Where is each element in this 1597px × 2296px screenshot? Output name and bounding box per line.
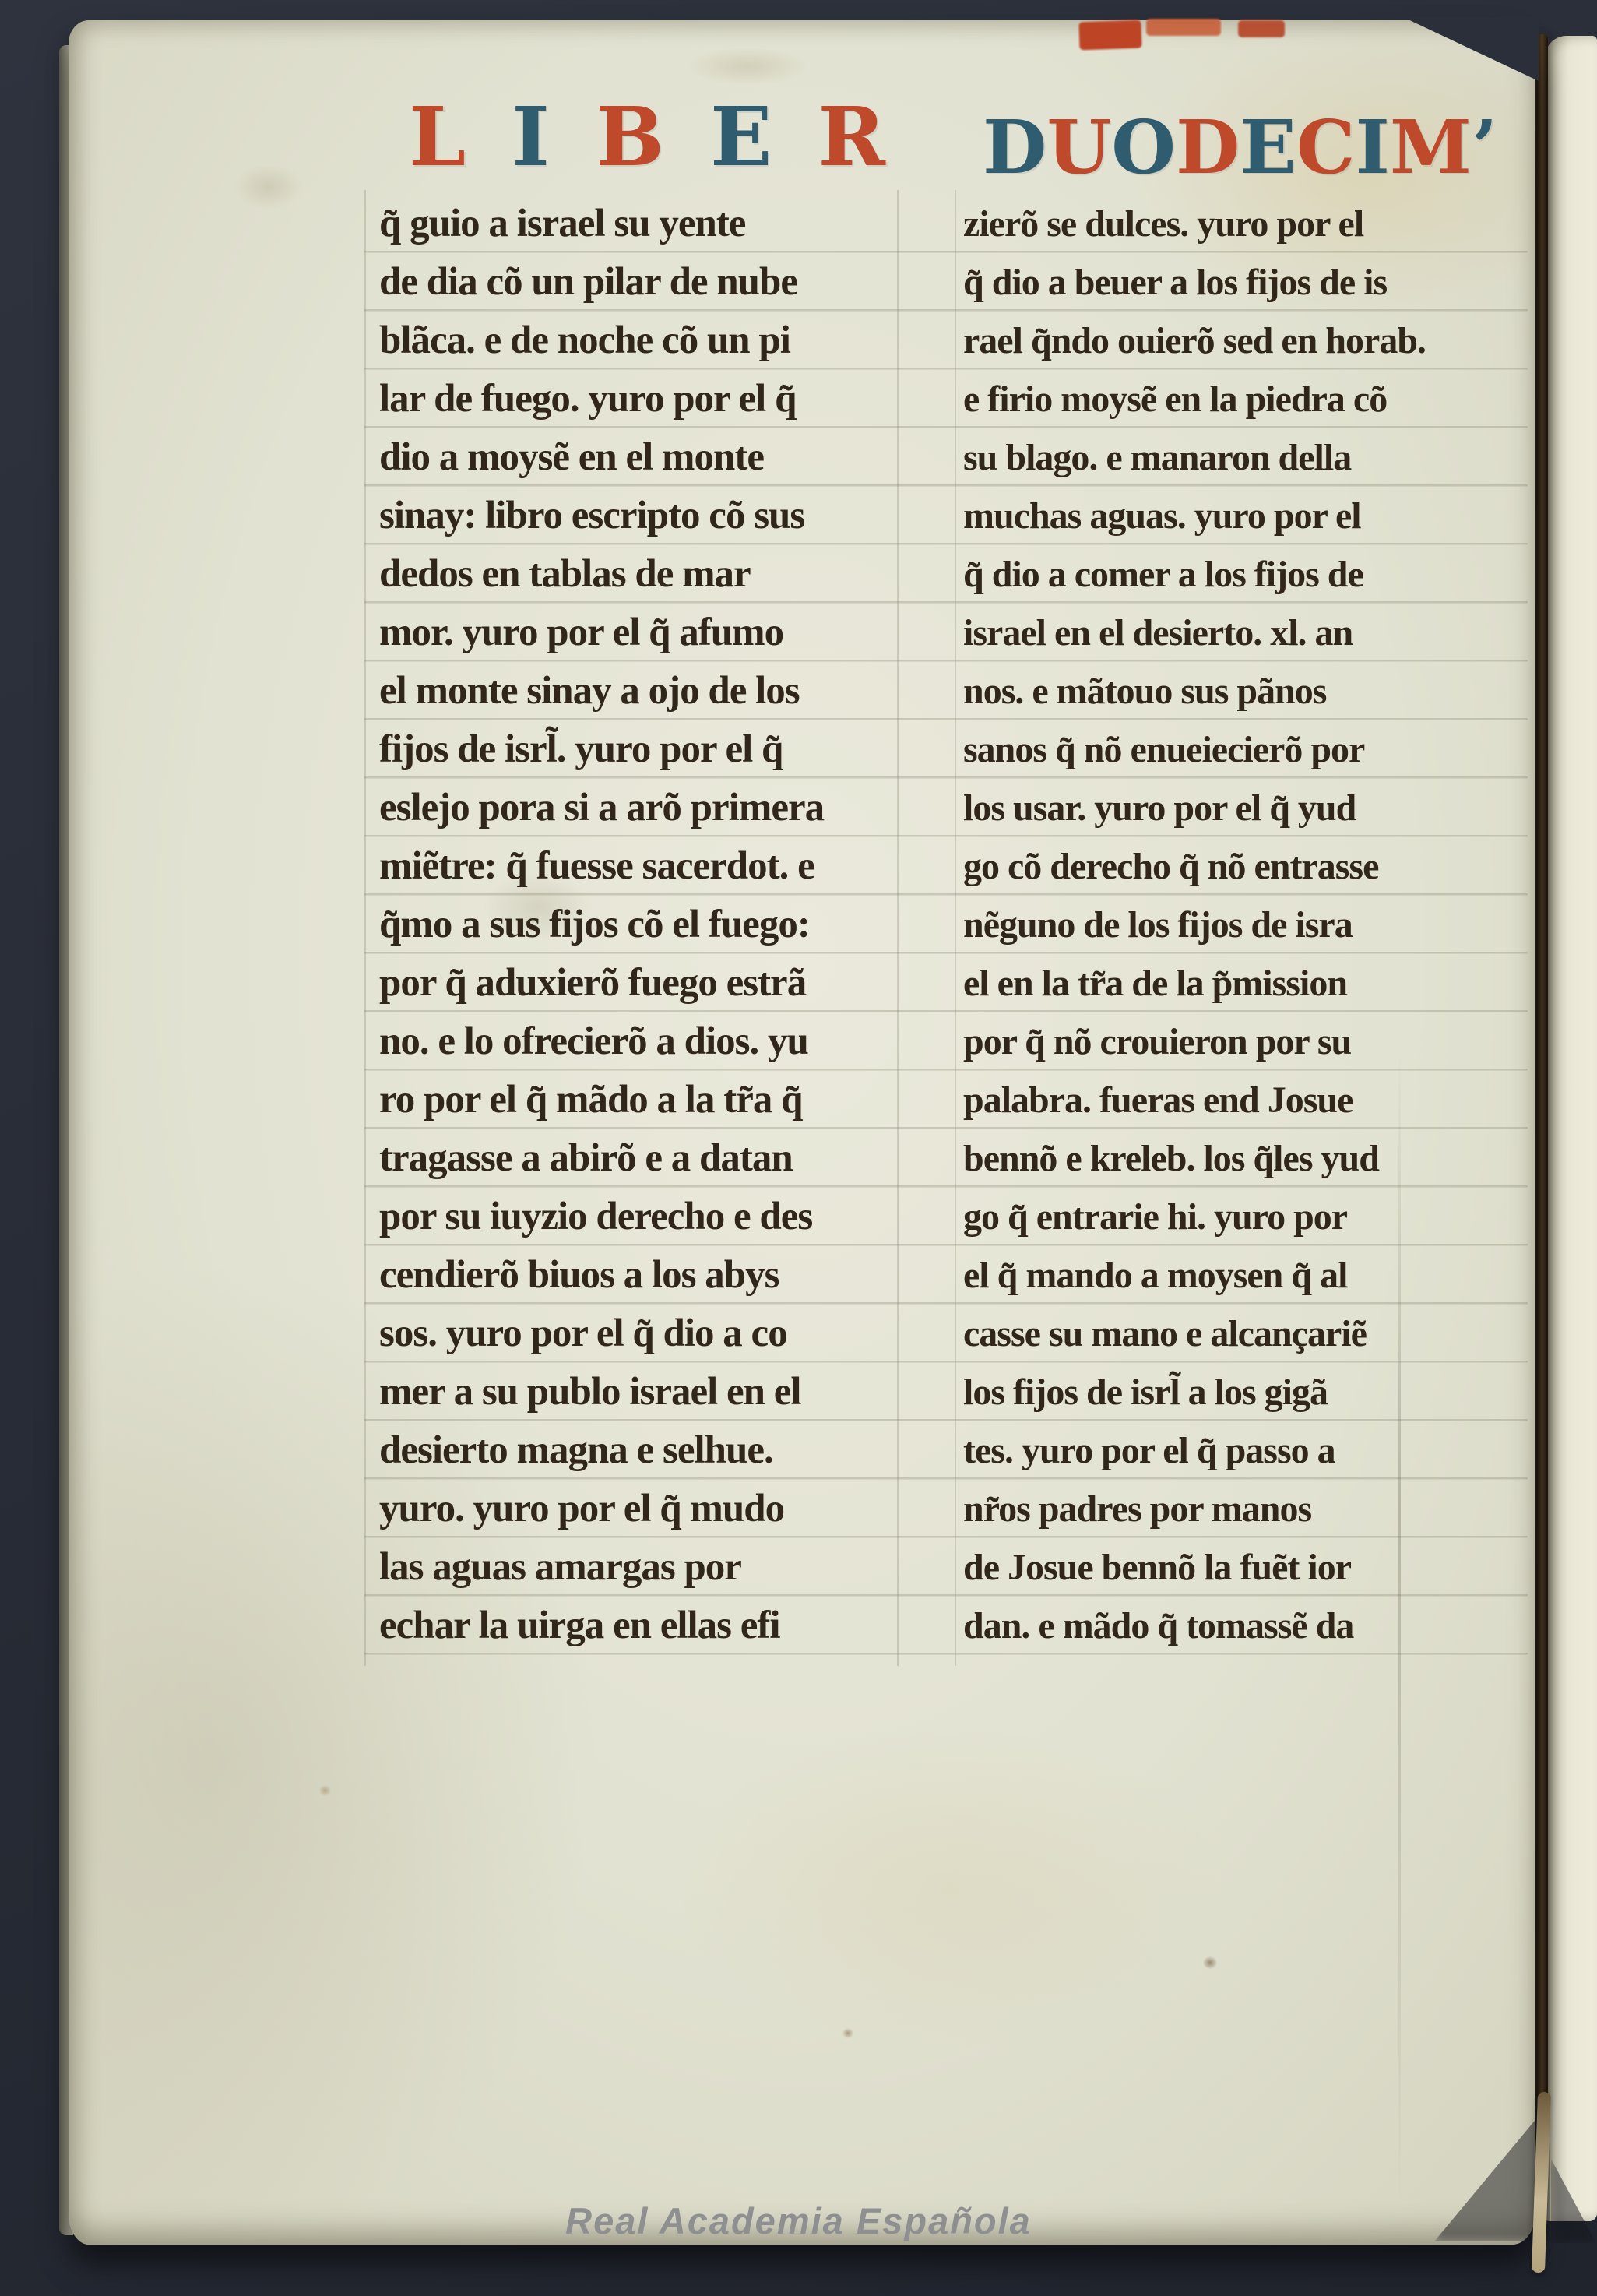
ruling-vertical-guide	[364, 190, 366, 1666]
manuscript-line: miẽtre: q̃ fuesse sacerdot. e	[379, 837, 901, 896]
manuscript-line: el q̃ mando a moysen q̃ al	[963, 1246, 1524, 1305]
manuscript-line: q̃ dio a comer a los fijos de	[963, 545, 1524, 604]
manuscript-line: fijos de isrl̃. yuro por el q̃	[379, 720, 901, 779]
manuscript-line: e firio moysẽ en la piedra cõ	[963, 370, 1524, 428]
manuscript-line: eslejo pora si a arõ primera	[379, 779, 901, 837]
manuscript-line: el monte sinay a ojo de los	[379, 662, 901, 720]
text-column-left: q̃ guio a israel su yentede dia cõ un p…	[379, 195, 901, 1655]
text-column-right: zierõ se dulces. yuro por elq̃ dio a be…	[963, 195, 1524, 1655]
running-title-duodecim: DUODECIM’	[983, 111, 1416, 185]
manuscript-line: mer a su publo israel en el	[379, 1363, 901, 1421]
header-letter: I	[512, 97, 550, 178]
edge-paint-mark	[1146, 19, 1221, 36]
manuscript-line: bennõ e kreleb. los q̃les yud	[963, 1129, 1524, 1188]
binding-cord	[1536, 34, 1548, 2100]
manuscript-line: por su iuyzio derecho e des	[379, 1188, 901, 1246]
manuscript-line: echar la uirga en ellas efi	[379, 1597, 901, 1655]
manuscript-line: nẽguno de los fijos de isra	[963, 896, 1524, 954]
manuscript-photo: LIBER DUODECIM’ q̃ guio a israel su yent…	[0, 0, 1597, 2296]
manuscript-line: de Josue bennõ la fuẽt ior	[963, 1538, 1524, 1597]
manuscript-line: zierõ se dulces. yuro por el	[963, 195, 1524, 253]
manuscript-line: blãca. e de noche cõ un pi	[379, 312, 901, 370]
manuscript-line: israel en el desierto. xl. an	[963, 604, 1524, 662]
manuscript-line: ro por el q̃ mãdo a la tr̃a q̃	[379, 1071, 901, 1129]
manuscript-line: su blago. e manaron della	[963, 428, 1524, 487]
header-letter: E	[1240, 111, 1296, 185]
edge-paint-mark	[1078, 20, 1141, 51]
manuscript-line: casse su mano e alcançariẽ	[963, 1305, 1524, 1363]
manuscript-line: desierto magna e selhue.	[379, 1421, 901, 1480]
manuscript-line: q̃ guio a israel su yente	[379, 195, 901, 253]
manuscript-line: palabra. fueras end Josue	[963, 1071, 1524, 1129]
header-letter: ’	[1472, 111, 1497, 185]
running-title-liber: LIBER	[409, 97, 885, 178]
manuscript-line: sinay: libro escripto cõ sus	[379, 487, 901, 545]
manuscript-line: por q̃ nõ crouieron por su	[963, 1012, 1524, 1071]
header-letter: M	[1390, 111, 1472, 185]
manuscript-line: no. e lo ofrecierõ a dios. yu	[379, 1012, 901, 1071]
header-letter: R	[818, 97, 885, 178]
manuscript-line: sos. yuro por el q̃ dio a co	[379, 1305, 901, 1363]
manuscript-line: yuro. yuro por el q̃ mudo	[379, 1480, 901, 1538]
header-letter: D	[983, 111, 1046, 185]
manuscript-line: tes. yuro por el q̃ passo a	[963, 1421, 1524, 1480]
manuscript-line: de dia cõ un pilar de nube	[379, 253, 901, 312]
header-letter: I	[1355, 111, 1389, 185]
manuscript-line: dan. e mãdo q̃ tomassẽ da	[963, 1597, 1524, 1655]
header-letter: C	[1296, 111, 1356, 185]
manuscript-line: muchas aguas. yuro por el	[963, 487, 1524, 545]
header-letter: D	[1176, 111, 1240, 185]
next-folio-edge	[1545, 36, 1597, 2221]
manuscript-line: el en la tr̃a de la p̃mission	[963, 954, 1524, 1012]
header-letter: L	[409, 97, 466, 178]
manuscript-line: nos. e mãtouo sus pãnos	[963, 662, 1524, 720]
header-letter: O	[1111, 111, 1176, 185]
header-letter: U	[1046, 111, 1111, 185]
edge-paint-mark	[1238, 20, 1285, 37]
manuscript-line: q̃mo a sus fijos cõ el fuego:	[379, 896, 901, 954]
manuscript-line: dio a moysẽ en el monte	[379, 428, 901, 487]
manuscript-line: go cõ derecho q̃ nõ entrasse	[963, 837, 1524, 896]
manuscript-line: lar de fuego. yuro por el q̃	[379, 370, 901, 428]
manuscript-line: tragasse a abirõ e a datan	[379, 1129, 901, 1188]
manuscript-line: dedos en tablas de mar	[379, 545, 901, 604]
header-letter: E	[710, 97, 772, 178]
manuscript-line: los fijos de isrl̃ a los gigã	[963, 1363, 1524, 1421]
manuscript-line: cendierõ biuos a los abys	[379, 1246, 901, 1305]
ruling-vertical-guide	[955, 190, 956, 1666]
manuscript-line: las aguas amargas por	[379, 1538, 901, 1597]
manuscript-line: rael q̃ndo ouierõ sed en horab.	[963, 312, 1524, 370]
manuscript-line: por q̃ aduxierõ fuego estrã	[379, 954, 901, 1012]
header-letter: B	[596, 97, 664, 178]
manuscript-line: go q̃ entrarie hi. yuro por	[963, 1188, 1524, 1246]
manuscript-line: los usar. yuro por el q̃ yud	[963, 779, 1524, 837]
manuscript-line: nr̃os padres por manos	[963, 1480, 1524, 1538]
manuscript-line: q̃ dio a beuer a los fijos de is	[963, 253, 1524, 312]
manuscript-line: mor. yuro por el q̃ afumo	[379, 604, 901, 662]
library-watermark: Real Academia Española	[565, 2199, 1032, 2242]
manuscript-line: sanos q̃ nõ enueiecierõ por	[963, 720, 1524, 779]
